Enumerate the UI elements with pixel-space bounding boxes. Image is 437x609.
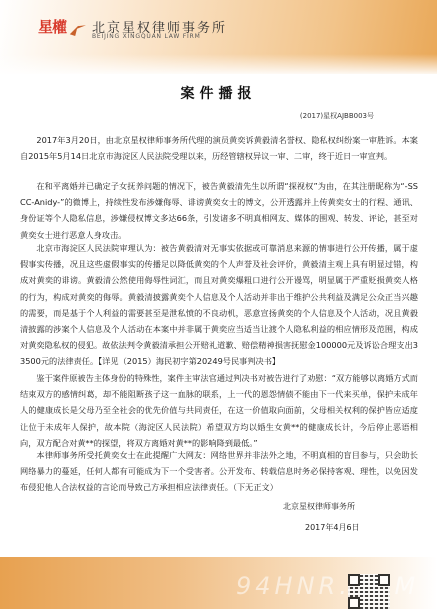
- firm-logo-mark: 星權: [38, 16, 66, 37]
- letterhead-banner: 星權 北京星权律师事务所 BEIJING XINGQUAN LAW FIRM: [0, 0, 437, 74]
- paragraph-case-summary: 2017年3月20日，由北京星权律师事务所代理的演员黄奕诉黄毅清名誉权、隐私权纠…: [20, 132, 418, 164]
- paragraph-background: 在和平离婚并已确定子女抚养问题的情况下，被告黄毅清先生以所谓“探视权”为由，在其…: [20, 178, 418, 243]
- document-date: 2017年4月6日: [305, 522, 360, 533]
- document-reference-number: (2017)星权AJBB003号: [300, 111, 374, 121]
- document-title: 案件播报: [0, 83, 437, 103]
- firm-name-en: BEIJING XINGQUAN LAW FIRM: [92, 33, 201, 40]
- qr-code-icon: [348, 574, 390, 609]
- paragraph-judge-advice: 鉴于案件原被告主体身份的特殊性，案件主审法官通过判决书对被告进行了劝慰：“双方能…: [20, 370, 418, 451]
- paragraph-court-ruling: 北京市海淀区人民法院审理认为：被告黄毅清对无事实依据或可靠消息来源的情事进行公开…: [20, 240, 418, 370]
- site-watermark: 94HNR.COM: [236, 572, 419, 600]
- star-logo-icon: [68, 18, 86, 36]
- header-fade: [0, 54, 437, 76]
- paragraph-public-reminder: 本律师事务所受托黄奕女士在此提醒广大网友：网络世界并非法外之地，不明真相的盲目参…: [20, 447, 418, 496]
- signature: 北京星权律师事务所: [283, 501, 355, 512]
